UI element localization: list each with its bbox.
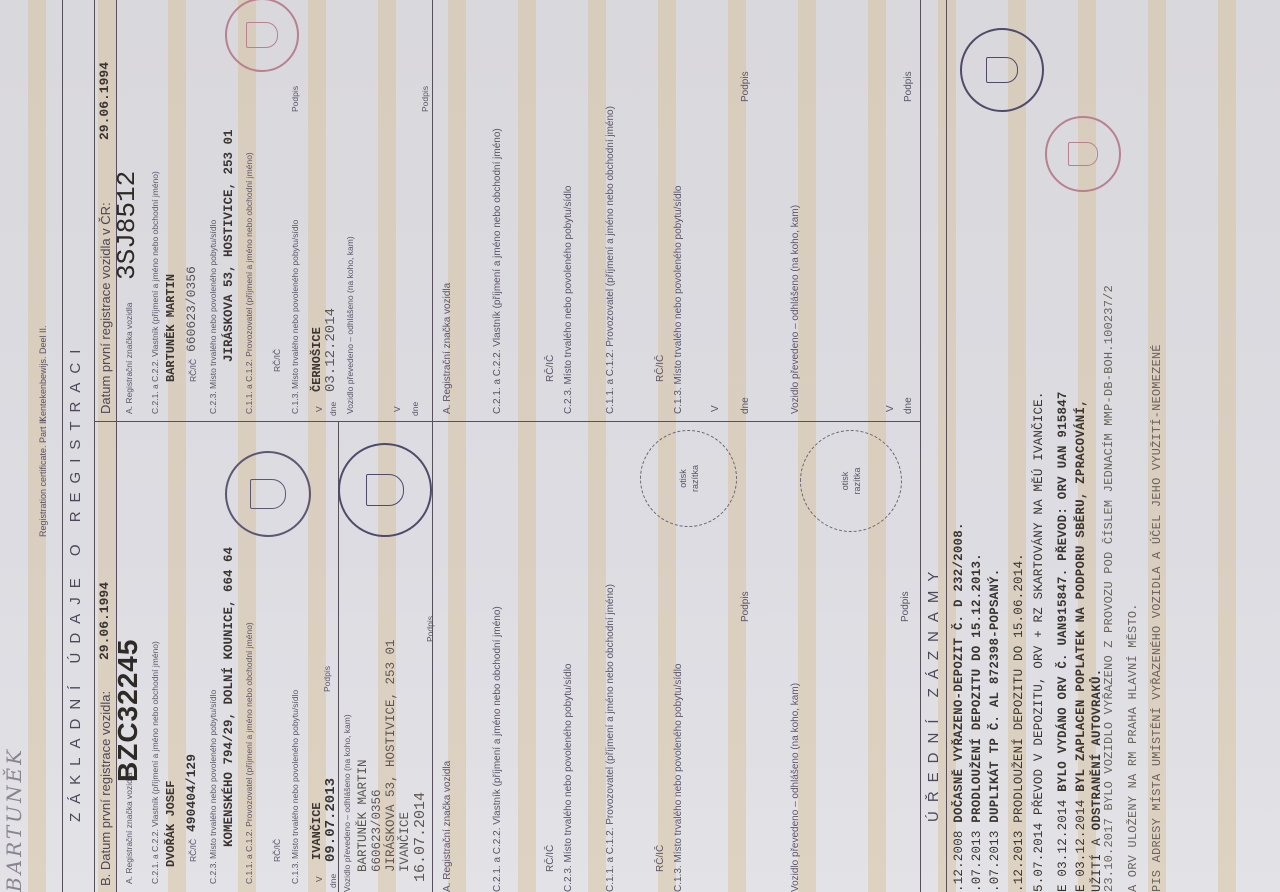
coat-of-arms-icon (1068, 142, 1098, 166)
section-title: ZÁKLADNÍ ÚDAJE O REGISTRACI (67, 341, 84, 822)
official-record-line: PIS ADRESY MÍSTA UMÍSTĚNÍ VYŘAZENÉHO VOZ… (1150, 344, 1164, 892)
label-transferred-3: Vozidlo převedeno – odhlášeno (na koho, … (790, 683, 801, 892)
label-transferred: Vozidlo převedeno – odhlášeno (na koho, … (342, 714, 352, 892)
label-dne-4: dne (740, 397, 751, 414)
official-record-line: 23.10.2017 BYLO VOZIDLO VYŘAZENO Z PROVO… (1102, 285, 1116, 892)
transfer-line-3: JIRÁSKOVA 53, HOSTIVICE, 253 01 (384, 639, 398, 872)
stamp-ivancice-1 (225, 451, 311, 537)
stamp-placeholder-text: razítka (851, 468, 863, 495)
official-records-title: ÚŘEDNÍ ZÁZNAMY (925, 563, 942, 822)
official-record-line: .12.2013 PRODLOUŽENÍ DEPOZITU DO 15.06.2… (1012, 553, 1026, 892)
label-rc-6: RČ/IČ (655, 355, 666, 382)
label-dne-2: dne (328, 402, 338, 416)
official-record-line: A ORV ULOŽENY NA RM PRAHA HLAVNÍ MĚSTO. (1126, 603, 1140, 892)
transfer-line-2: 660623/0356 (370, 789, 384, 872)
label-rc: RČ/IČ (188, 839, 198, 862)
label-operator-address-2: C.1.3. Místo trvalého nebo povoleného po… (290, 220, 300, 414)
caption-en: Registration certificate. Part II. (38, 416, 48, 537)
transfer-line-4: IVANČICE (398, 812, 412, 872)
stamp-placeholder-1: otisk razítka (640, 430, 737, 527)
place-value: IVANČICE (310, 802, 324, 860)
label-reg-plate-2: A. Registrační značka vozidla (124, 303, 134, 415)
label-operator-4: C.1.1. a C.1.2. Provozovatel (příjmení a… (605, 106, 616, 414)
caption-nl: Kentekenbewijs. Deel II. (38, 325, 48, 422)
first-registration-label: B. Datum první registrace vozidla: (98, 691, 113, 886)
label-reg-plate-3: A. Registrační značka vozidla (442, 761, 453, 892)
stamp-placeholder-2: otisk razítka (800, 430, 902, 532)
label-podpis-7: Podpis (740, 71, 751, 102)
label-owner-address-2: C.2.3. Místo trvalého nebo povoleného po… (208, 220, 218, 414)
label-v-5: V (885, 405, 896, 412)
label-operator-address-3: C.1.3. Místo trvalého nebo povoleného po… (673, 664, 684, 892)
reg-plate-value-2: 3SJ8512 (112, 171, 142, 280)
label-owner-address: C.2.3. Místo trvalého nebo povoleného po… (208, 690, 218, 884)
stamp-ivancice-3 (960, 28, 1044, 112)
coat-of-arms-icon (366, 474, 404, 506)
label-dne-3: dne (410, 402, 420, 416)
transfer-line-1: BARTUNĚK MARTIN (356, 759, 370, 872)
label-operator-2: C.1.1. a C.1.2. Provozovatel (příjmení a… (244, 152, 254, 414)
label-podpis-8: Podpis (903, 71, 914, 102)
label-owner-address-4: C.2.3. Místo trvalého nebo povoleného po… (563, 186, 574, 414)
label-owner: C.2.1. a C.2.2. Vlastník (příjmení a jmé… (150, 641, 160, 884)
label-owner-address-3: C.2.3. Místo trvalého nebo povoleného po… (563, 664, 574, 892)
label-operator-address: C.1.3. Místo trvalého nebo povoleného po… (290, 690, 300, 884)
label-operator-3: C.1.1. a C.1.2. Provozovatel (příjmení a… (605, 584, 616, 892)
stamp-cernosice-2 (1045, 116, 1121, 192)
official-record-line: E 03.12.2014 BYL ZAPLACEN POPLATEK NA PO… (1074, 399, 1088, 892)
label-v-3: V (392, 406, 402, 412)
label-v-2: V (314, 406, 324, 412)
stamp-placeholder-text: otisk (839, 472, 851, 491)
transfer-date: 16.07.2014 (412, 792, 429, 882)
owner-value-2: BARTUNĚK MARTIN (164, 274, 178, 382)
label-rc-4: RČ/IČ (655, 845, 666, 872)
label-v: V (314, 876, 324, 882)
stamp-cernosice (225, 0, 299, 72)
label-podpis-3: Podpis (290, 86, 300, 112)
coat-of-arms-icon (986, 57, 1018, 83)
first-registration-cz-date: 29.06.1994 (97, 62, 112, 140)
coat-of-arms-icon (250, 479, 286, 509)
rc-value: 490404/129 (184, 754, 199, 832)
label-rc-3: RČ/IČ (545, 845, 556, 872)
reg-plate-value: BZC32245 (112, 639, 144, 782)
official-record-line: 5.07.2014 PŘEVOD V DEPOZITU, ORV + RZ SK… (1032, 391, 1046, 892)
label-rc-op: RČ/IČ (272, 839, 282, 862)
label-rc-2: RČ/IČ (188, 359, 198, 382)
label-rc-op-2: RČ/IČ (272, 349, 282, 372)
official-record-line: E 03.12.2014 BYLO VYDÁNO ORV Č. UAN91584… (1056, 391, 1070, 892)
owner-value: DVOŘÁK JOSEF (164, 781, 178, 867)
label-dne: dne (328, 874, 338, 888)
stamp-ivancice-2 (338, 443, 432, 537)
label-owner-4: C.2.1. a C.2.2. Vlastník (příjmení a jmé… (492, 128, 503, 414)
label-dne-5: dne (903, 397, 914, 414)
label-v-4: V (710, 405, 721, 412)
stamp-placeholder-text: razítka (689, 465, 701, 492)
rc-value-2: 660623/0356 (184, 266, 199, 352)
place-value-2: ČERNOŠICE (310, 327, 324, 392)
coat-of-arms-icon (246, 22, 278, 48)
owner-address-value: KOMENSKÉHO 794/29, DOLNÍ KOUNICE, 664 64 (222, 547, 236, 847)
label-operator: C.1.1. a C.1.2. Provozovatel (příjmení a… (244, 622, 254, 884)
label-rc-5: RČ/IČ (545, 355, 556, 382)
label-transferred-2: Vozidlo převedeno – odhlášeno (na koho, … (345, 236, 355, 414)
label-transferred-4: Vozidlo převedeno – odhlášeno (na koho, … (790, 205, 801, 414)
owner-address-value-2: JIRÁSKOVA 53, HOSTIVICE, 253 01 (222, 129, 236, 362)
label-podpis-6: Podpis (900, 591, 911, 622)
label-podpis: Podpis (322, 666, 332, 692)
label-owner-3: C.2.1. a C.2.2. Vlastník (příjmení a jmé… (492, 606, 503, 892)
official-record-line: .07.2013 DUPLIKÁT TP Č. AL 872398-POPSAN… (988, 569, 1002, 892)
label-operator-address-4: C.1.3. Místo trvalého nebo povoleného po… (673, 186, 684, 414)
label-reg-plate-4: A. Registrační značka vozidla (442, 283, 453, 414)
stamp-placeholder-text: otisk (677, 469, 689, 488)
official-record-line: .07.2013 PRODLOUŽENÍ DEPOZITU DO 15.12.2… (970, 553, 984, 892)
label-podpis-2: Podpis (425, 616, 435, 642)
first-registration-cz-label: Datum první registrace vozidla v ČR: (98, 202, 113, 414)
first-registration-date: 29.06.1994 (97, 582, 112, 660)
label-owner-2: C.2.1. a C.2.2. Vlastník (příjmení a jmé… (150, 171, 160, 414)
label-podpis-5: Podpis (740, 591, 751, 622)
date-value: 09.07.2013 (323, 778, 339, 862)
registration-certificate: BARTUNĚK Registration certificate. Part … (0, 0, 1280, 892)
label-podpis-4: Podpis (420, 86, 430, 112)
label-reg-plate: A. Registrační značka vozidla (124, 773, 134, 885)
date-value-2: 03.12.2014 (323, 308, 339, 392)
handwritten-name: BARTUNĚK (2, 747, 26, 892)
official-record-line: .12.2008 DOČASNĚ VYŘAZENO-DEPOZIT Č. D 2… (952, 522, 966, 892)
